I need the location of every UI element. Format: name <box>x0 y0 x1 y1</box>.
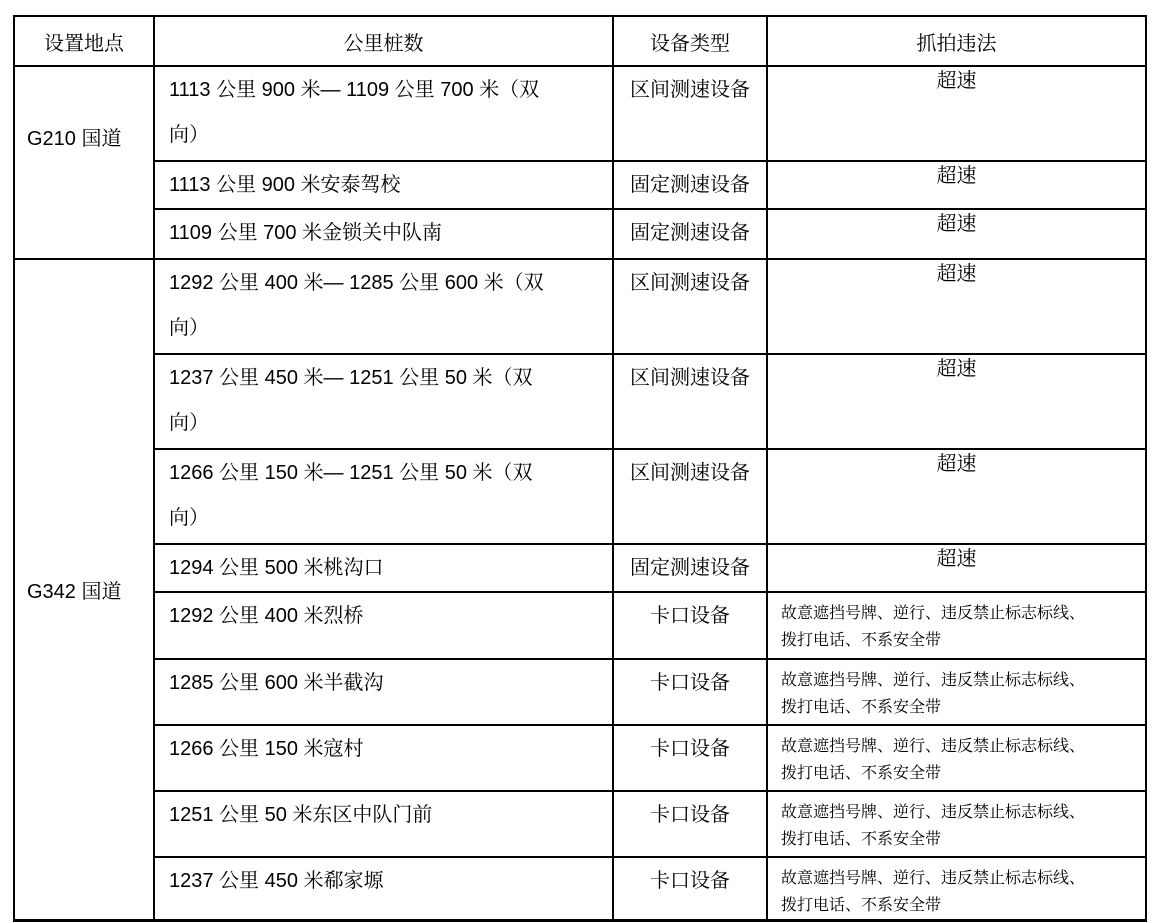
km-line: 1113 公里 900 米— 1109 公里 700 米（双 <box>169 68 598 113</box>
violation-cell: 故意遮挡号牌、逆行、违反禁止标志标线、拨打电话、不系安全带 <box>767 659 1146 725</box>
violation-line: 故意遮挡号牌、逆行、违反禁止标志标线、 <box>781 600 1135 627</box>
violation-cell: 超速 <box>767 354 1146 449</box>
km-line: 1109 公里 700 米金锁关中队南 <box>169 211 598 256</box>
km-cell: 1113 公里 900 米— 1109 公里 700 米（双向） <box>154 66 613 161</box>
column-header-device: 设备类型 <box>613 16 767 66</box>
table-row: G210 国道1113 公里 900 米— 1109 公里 700 米（双向）区… <box>14 66 1146 161</box>
violation-cell: 故意遮挡号牌、逆行、违反禁止标志标线、拨打电话、不系安全带 <box>767 791 1146 857</box>
table-row: 1292 公里 400 米烈桥卡口设备故意遮挡号牌、逆行、违反禁止标志标线、拨打… <box>14 592 1146 659</box>
km-line: 1292 公里 400 米烈桥 <box>169 594 598 639</box>
violation-cell: 超速 <box>767 161 1146 209</box>
violation-line: 超速 <box>768 451 1145 478</box>
table-row: 1266 公里 150 米寇村卡口设备故意遮挡号牌、逆行、违反禁止标志标线、拨打… <box>14 725 1146 791</box>
km-line: 1294 公里 500 米桃沟口 <box>169 546 598 591</box>
violation-line: 超速 <box>768 546 1145 573</box>
table-row: G342 国道1292 公里 400 米— 1285 公里 600 米（双向）区… <box>14 259 1146 354</box>
violation-line: 超速 <box>768 211 1145 238</box>
device-type-cell: 卡口设备 <box>613 857 767 921</box>
violation-line: 超速 <box>768 261 1145 288</box>
km-cell: 1292 公里 400 米— 1285 公里 600 米（双向） <box>154 259 613 354</box>
km-line: 1292 公里 400 米— 1285 公里 600 米（双 <box>169 261 598 306</box>
violation-line: 拨打电话、不系安全带 <box>781 694 1135 721</box>
device-type-cell: 区间测速设备 <box>613 66 767 161</box>
km-line: 1251 公里 50 米东区中队门前 <box>169 793 598 838</box>
table-row: 1251 公里 50 米东区中队门前卡口设备故意遮挡号牌、逆行、违反禁止标志标线… <box>14 791 1146 857</box>
km-cell: 1237 公里 450 米郗家塬 <box>154 857 613 921</box>
table-row: 1237 公里 450 米郗家塬卡口设备故意遮挡号牌、逆行、违反禁止标志标线、拨… <box>14 857 1146 921</box>
violation-cell: 超速 <box>767 209 1146 259</box>
table-row: 1237 公里 450 米— 1251 公里 50 米（双向）区间测速设备超速 <box>14 354 1146 449</box>
violation-line: 拨打电话、不系安全带 <box>781 627 1135 654</box>
violation-line: 超速 <box>768 356 1145 383</box>
table-row: 1113 公里 900 米安泰驾校固定测速设备超速 <box>14 161 1146 209</box>
km-cell: 1251 公里 50 米东区中队门前 <box>154 791 613 857</box>
column-header-km: 公里桩数 <box>154 16 613 66</box>
km-line: 1113 公里 900 米安泰驾校 <box>169 163 598 208</box>
device-type-cell: 固定测速设备 <box>613 161 767 209</box>
device-type-cell: 区间测速设备 <box>613 449 767 544</box>
violation-line: 超速 <box>768 68 1145 95</box>
violation-cell: 超速 <box>767 544 1146 592</box>
device-type-cell: 卡口设备 <box>613 791 767 857</box>
km-line: 向） <box>169 401 598 446</box>
table-row: 1266 公里 150 米— 1251 公里 50 米（双向）区间测速设备超速 <box>14 449 1146 544</box>
location-cell: G342 国道 <box>14 259 154 921</box>
document-page: 设置地点 公里桩数 设备类型 抓拍违法 G210 国道1113 公里 900 米… <box>0 0 1157 923</box>
violation-cell: 超速 <box>767 449 1146 544</box>
column-header-location: 设置地点 <box>14 16 154 66</box>
device-type-cell: 卡口设备 <box>613 659 767 725</box>
km-line: 1237 公里 450 米— 1251 公里 50 米（双 <box>169 356 598 401</box>
km-cell: 1109 公里 700 米金锁关中队南 <box>154 209 613 259</box>
device-type-cell: 区间测速设备 <box>613 259 767 354</box>
violation-line: 故意遮挡号牌、逆行、违反禁止标志标线、 <box>781 799 1135 826</box>
violation-cell: 故意遮挡号牌、逆行、违反禁止标志标线、拨打电话、不系安全带 <box>767 725 1146 791</box>
violation-line: 故意遮挡号牌、逆行、违反禁止标志标线、 <box>781 667 1135 694</box>
table-row: 1294 公里 500 米桃沟口固定测速设备超速 <box>14 544 1146 592</box>
device-type-cell: 区间测速设备 <box>613 354 767 449</box>
km-line: 1266 公里 150 米— 1251 公里 50 米（双 <box>169 451 598 496</box>
table-row: 1285 公里 600 米半截沟卡口设备故意遮挡号牌、逆行、违反禁止标志标线、拨… <box>14 659 1146 725</box>
violation-line: 故意遮挡号牌、逆行、违反禁止标志标线、 <box>781 733 1135 760</box>
violation-cell: 超速 <box>767 66 1146 161</box>
km-cell: 1292 公里 400 米烈桥 <box>154 592 613 659</box>
device-type-cell: 固定测速设备 <box>613 209 767 259</box>
header-row: 设置地点 公里桩数 设备类型 抓拍违法 <box>14 16 1146 66</box>
violation-cell: 故意遮挡号牌、逆行、违反禁止标志标线、拨打电话、不系安全带 <box>767 857 1146 921</box>
location-cell: G210 国道 <box>14 66 154 259</box>
column-header-violation: 抓拍违法 <box>767 16 1146 66</box>
table-row: 1109 公里 700 米金锁关中队南固定测速设备超速 <box>14 209 1146 259</box>
km-line: 1266 公里 150 米寇村 <box>169 727 598 772</box>
km-cell: 1266 公里 150 米寇村 <box>154 725 613 791</box>
violation-cell: 超速 <box>767 259 1146 354</box>
violation-cell: 故意遮挡号牌、逆行、违反禁止标志标线、拨打电话、不系安全带 <box>767 592 1146 659</box>
speed-camera-table: 设置地点 公里桩数 设备类型 抓拍违法 G210 国道1113 公里 900 米… <box>13 15 1147 922</box>
violation-line: 超速 <box>768 163 1145 190</box>
km-cell: 1285 公里 600 米半截沟 <box>154 659 613 725</box>
device-type-cell: 卡口设备 <box>613 725 767 791</box>
device-type-cell: 固定测速设备 <box>613 544 767 592</box>
device-type-cell: 卡口设备 <box>613 592 767 659</box>
km-line: 1237 公里 450 米郗家塬 <box>169 859 598 904</box>
violation-line: 拨打电话、不系安全带 <box>781 892 1135 919</box>
violation-line: 拨打电话、不系安全带 <box>781 760 1135 787</box>
km-line: 向） <box>169 306 598 351</box>
km-cell: 1113 公里 900 米安泰驾校 <box>154 161 613 209</box>
km-cell: 1294 公里 500 米桃沟口 <box>154 544 613 592</box>
km-cell: 1237 公里 450 米— 1251 公里 50 米（双向） <box>154 354 613 449</box>
km-cell: 1266 公里 150 米— 1251 公里 50 米（双向） <box>154 449 613 544</box>
km-line: 向） <box>169 113 598 158</box>
violation-line: 拨打电话、不系安全带 <box>781 826 1135 853</box>
km-line: 向） <box>169 496 598 541</box>
violation-line: 故意遮挡号牌、逆行、违反禁止标志标线、 <box>781 865 1135 892</box>
km-line: 1285 公里 600 米半截沟 <box>169 661 598 706</box>
